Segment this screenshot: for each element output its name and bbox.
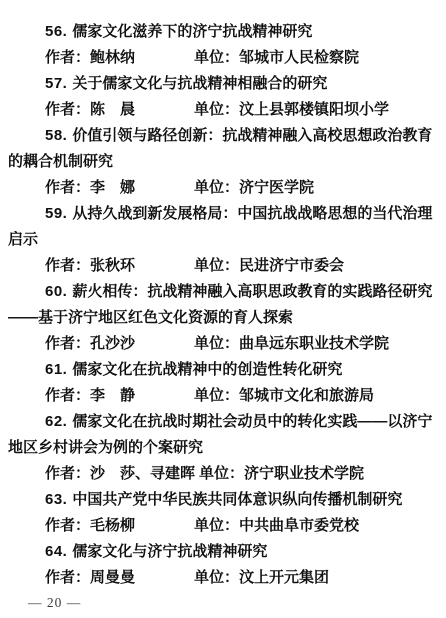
entry-title: 58.价值引领与路径创新：抗战精神融入高校思想政治教育的耦合机制研究 xyxy=(8,123,436,175)
entry-meta: 作者：李 静单位：邹城市文化和旅游局 xyxy=(8,383,436,409)
entry-number: 59. xyxy=(45,205,67,222)
entry-title: 63.中国共产党中华民族共同体意识纵向传播机制研究 xyxy=(8,487,436,513)
entry-number: 57. xyxy=(45,75,67,92)
entry-title-text: 中国共产党中华民族共同体意识纵向传播机制研究 xyxy=(72,491,402,508)
entry-meta: 作者：周曼曼单位：汶上开元集团 xyxy=(8,565,436,591)
entry-title-text: 关于儒家文化与抗战精神相融合的研究 xyxy=(72,75,327,92)
entry-unit: 汶上县郭楼镇阳坝小学 xyxy=(239,101,389,118)
author-cell: 作者：李 静 xyxy=(45,383,194,409)
entry-author: 孔沙沙 xyxy=(90,335,135,352)
entry-unit: 曲阜远东职业技术学院 xyxy=(239,335,389,352)
entry-unit: 民进济宁市委会 xyxy=(239,257,344,274)
entry-title: 64.儒家文化与济宁抗战精神研究 xyxy=(8,539,436,565)
entry-number: 62. xyxy=(45,413,67,430)
entry-author: 周曼曼 xyxy=(90,569,135,586)
entry-title-text: 儒家文化滋养下的济宁抗战精神研究 xyxy=(72,23,312,40)
unit-cell: 单位：曲阜远东职业技术学院 xyxy=(194,331,389,357)
author-cell: 作者：毛杨柳 xyxy=(45,513,194,539)
author-cell: 作者：沙 莎、寻建晖 xyxy=(45,461,199,487)
unit-label: 单位： xyxy=(194,101,239,118)
entry-meta: 作者：陈 晨单位：汶上县郭楼镇阳坝小学 xyxy=(8,97,436,123)
author-cell: 作者：张秋环 xyxy=(45,253,194,279)
document-page: 56.儒家文化滋养下的济宁抗战精神研究 作者：鲍林纳单位：邹城市人民检察院 57… xyxy=(0,0,446,618)
author-cell: 作者：鲍林纳 xyxy=(45,45,194,71)
unit-label: 单位： xyxy=(194,517,239,534)
list-item: 58.价值引领与路径创新：抗战精神融入高校思想政治教育的耦合机制研究 作者：李 … xyxy=(8,123,436,201)
author-label: 作者： xyxy=(45,49,90,66)
entry-number: 61. xyxy=(45,361,67,378)
unit-cell: 单位：民进济宁市委会 xyxy=(194,253,344,279)
entry-meta: 作者：孔沙沙单位：曲阜远东职业技术学院 xyxy=(8,331,436,357)
author-label: 作者： xyxy=(45,517,90,534)
page-number: — 20 — xyxy=(28,595,81,611)
author-cell: 作者：周曼曼 xyxy=(45,565,194,591)
unit-cell: 单位：汶上开元集团 xyxy=(194,565,329,591)
entry-title: 61.儒家文化在抗战精神中的创造性转化研究 xyxy=(8,357,436,383)
list-item: 64.儒家文化与济宁抗战精神研究 作者：周曼曼单位：汶上开元集团 xyxy=(8,539,436,591)
list-item: 63.中国共产党中华民族共同体意识纵向传播机制研究 作者：毛杨柳单位：中共曲阜市… xyxy=(8,487,436,539)
entry-number: 63. xyxy=(45,491,67,508)
author-cell: 作者：陈 晨 xyxy=(45,97,194,123)
entry-author: 鲍林纳 xyxy=(90,49,135,66)
list-item: 60.薪火相传：抗战精神融入高职思政教育的实践路径研究——基于济宁地区红色文化资… xyxy=(8,279,436,357)
author-label: 作者： xyxy=(45,387,90,404)
author-label: 作者： xyxy=(45,335,90,352)
unit-cell: 单位：中共曲阜市委党校 xyxy=(194,513,359,539)
unit-label: 单位： xyxy=(194,179,239,196)
entry-title: 60.薪火相传：抗战精神融入高职思政教育的实践路径研究——基于济宁地区红色文化资… xyxy=(8,279,436,331)
entry-number: 64. xyxy=(45,543,67,560)
entry-number: 58. xyxy=(45,127,67,144)
entry-unit: 邹城市文化和旅游局 xyxy=(239,387,374,404)
entry-meta: 作者：沙 莎、寻建晖单位：济宁职业技术学院 xyxy=(8,461,436,487)
entry-unit: 邹城市人民检察院 xyxy=(239,49,359,66)
entry-unit: 中共曲阜市委党校 xyxy=(239,517,359,534)
unit-cell: 单位：济宁医学院 xyxy=(194,175,314,201)
unit-label: 单位： xyxy=(194,569,239,586)
entry-author: 李 静 xyxy=(90,387,135,404)
entry-author: 李 娜 xyxy=(90,179,135,196)
unit-label: 单位： xyxy=(194,335,239,352)
entry-meta: 作者：李 娜单位：济宁医学院 xyxy=(8,175,436,201)
unit-label: 单位： xyxy=(194,49,239,66)
entry-title: 62.儒家文化在抗战时期社会动员中的转化实践——以济宁地区乡村讲会为例的个案研究 xyxy=(8,409,436,461)
list-item: 59.从持久战到新发展格局：中国抗战战略思想的当代治理启示 作者：张秋环单位：民… xyxy=(8,201,436,279)
entry-title: 57.关于儒家文化与抗战精神相融合的研究 xyxy=(8,71,436,97)
entry-meta: 作者：毛杨柳单位：中共曲阜市委党校 xyxy=(8,513,436,539)
unit-cell: 单位：汶上县郭楼镇阳坝小学 xyxy=(194,97,389,123)
unit-cell: 单位：济宁职业技术学院 xyxy=(199,461,364,487)
list-item: 61.儒家文化在抗战精神中的创造性转化研究 作者：李 静单位：邹城市文化和旅游局 xyxy=(8,357,436,409)
entry-title-text: 薪火相传：抗战精神融入高职思政教育的实践路径研究——基于济宁地区红色文化资源的育… xyxy=(8,283,432,326)
unit-cell: 单位：邹城市文化和旅游局 xyxy=(194,383,374,409)
unit-label: 单位： xyxy=(194,257,239,274)
unit-label: 单位： xyxy=(199,465,244,482)
author-label: 作者： xyxy=(45,569,90,586)
entry-author: 毛杨柳 xyxy=(90,517,135,534)
entry-title-text: 儒家文化在抗战时期社会动员中的转化实践——以济宁地区乡村讲会为例的个案研究 xyxy=(8,413,432,456)
list-item: 62.儒家文化在抗战时期社会动员中的转化实践——以济宁地区乡村讲会为例的个案研究… xyxy=(8,409,436,487)
entry-title-text: 价值引领与路径创新：抗战精神融入高校思想政治教育的耦合机制研究 xyxy=(8,127,432,170)
entry-unit: 汶上开元集团 xyxy=(239,569,329,586)
entry-title: 56.儒家文化滋养下的济宁抗战精神研究 xyxy=(8,19,436,45)
author-label: 作者： xyxy=(45,101,90,118)
unit-cell: 单位：邹城市人民检察院 xyxy=(194,45,359,71)
entry-meta: 作者：鲍林纳单位：邹城市人民检察院 xyxy=(8,45,436,71)
entry-title-text: 从持久战到新发展格局：中国抗战战略思想的当代治理启示 xyxy=(8,205,432,248)
entry-unit: 济宁医学院 xyxy=(239,179,314,196)
author-cell: 作者：孔沙沙 xyxy=(45,331,194,357)
entry-author: 陈 晨 xyxy=(90,101,135,118)
author-label: 作者： xyxy=(45,465,90,482)
entry-unit: 济宁职业技术学院 xyxy=(244,465,364,482)
list-item: 56.儒家文化滋养下的济宁抗战精神研究 作者：鲍林纳单位：邹城市人民检察院 xyxy=(8,19,436,71)
entry-title-text: 儒家文化与济宁抗战精神研究 xyxy=(72,543,267,560)
entry-author: 张秋环 xyxy=(90,257,135,274)
entry-number: 60. xyxy=(45,283,67,300)
entry-number: 56. xyxy=(45,23,67,40)
list-item: 57.关于儒家文化与抗战精神相融合的研究 作者：陈 晨单位：汶上县郭楼镇阳坝小学 xyxy=(8,71,436,123)
entry-title: 59.从持久战到新发展格局：中国抗战战略思想的当代治理启示 xyxy=(8,201,436,253)
unit-label: 单位： xyxy=(194,387,239,404)
entry-list: 56.儒家文化滋养下的济宁抗战精神研究 作者：鲍林纳单位：邹城市人民检察院 57… xyxy=(0,0,446,591)
entry-author: 沙 莎、寻建晖 xyxy=(90,465,195,482)
author-cell: 作者：李 娜 xyxy=(45,175,194,201)
author-label: 作者： xyxy=(45,257,90,274)
entry-meta: 作者：张秋环单位：民进济宁市委会 xyxy=(8,253,436,279)
entry-title-text: 儒家文化在抗战精神中的创造性转化研究 xyxy=(72,361,342,378)
author-label: 作者： xyxy=(45,179,90,196)
